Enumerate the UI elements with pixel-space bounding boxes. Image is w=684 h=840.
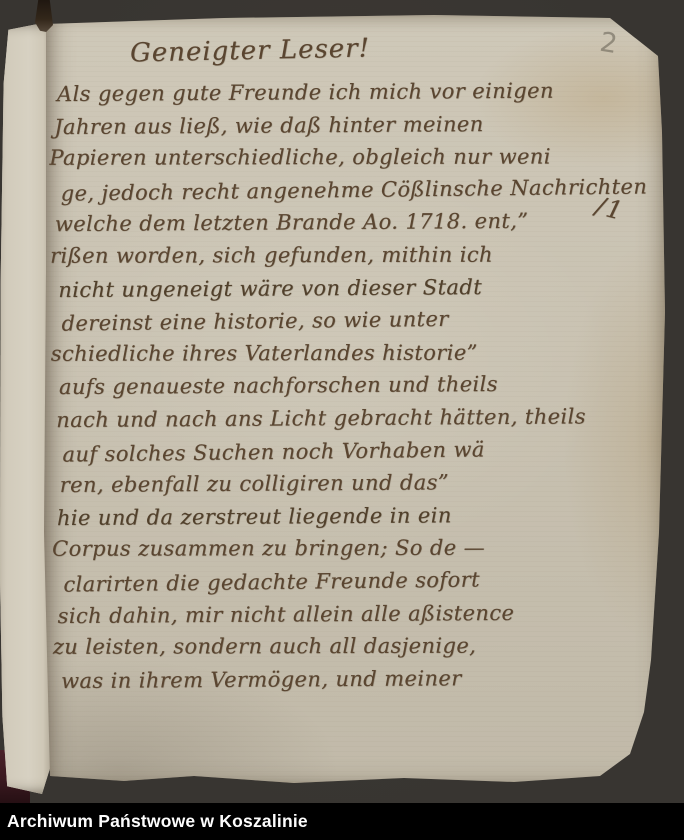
manuscript-line: Papieren unterschiedliche, obgleich nur … — [49, 140, 650, 174]
manuscript-line: schiedliche ihres Vaterlandes historie” — [51, 336, 652, 370]
manuscript-line: ren, ebenfall zu colligiren und das” — [60, 465, 653, 502]
manuscript-line: Als gegen gute Freunde ich mich vor eini… — [57, 74, 650, 111]
manuscript-heading: Geneigter Leser! — [130, 33, 371, 68]
manuscript-line: zu leisten, sondern auch all dasjenige, — [53, 629, 654, 663]
manuscript-line: welche dem letzten Brande Ao. 1718. ent,… — [55, 204, 651, 241]
manuscript-line: auf solches Suchen noch Vorhaben wä — [62, 431, 652, 471]
manuscript-line: aufs genaueste nachforschen und theils — [59, 367, 652, 404]
manuscript-line: sich dahin, mir nicht allein alle aßiste… — [57, 595, 653, 632]
scan-backdrop: 2 Geneigter Leser! /1 Als gegen gute Fre… — [0, 0, 684, 840]
manuscript-line: dereinst eine historie, so wie unter — [61, 301, 651, 341]
archive-caption: Archiwum Państwowe w Koszalinie — [0, 803, 684, 839]
manuscript-page: 2 Geneigter Leser! /1 Als gegen gute Fre… — [44, 12, 666, 792]
archive-caption-bar: Archiwum Państwowe w Koszalinie — [0, 803, 684, 840]
manuscript-line: Corpus zusammen zu bringen; So de — — [52, 532, 653, 566]
manuscript-line: hie und da zerstreut liegende in ein — [57, 498, 653, 535]
manuscript-line: was in ihrem Vermögen, und meiner — [61, 661, 654, 698]
manuscript-line: rißen worden, sich gefunden, mithin ich — [50, 238, 651, 272]
manuscript-line: Jahren aus ließ, wie daß hinter meinen — [54, 107, 650, 144]
manuscript-line: ge, jedoch recht angenehme Cößlinsche Na… — [60, 170, 650, 210]
manuscript-text: Als gegen gute Freunde ich mich vor eini… — [54, 74, 654, 697]
manuscript-line: nach und nach ans Licht gebracht hätten,… — [56, 400, 652, 437]
page-number-pencil: 2 — [598, 27, 620, 60]
